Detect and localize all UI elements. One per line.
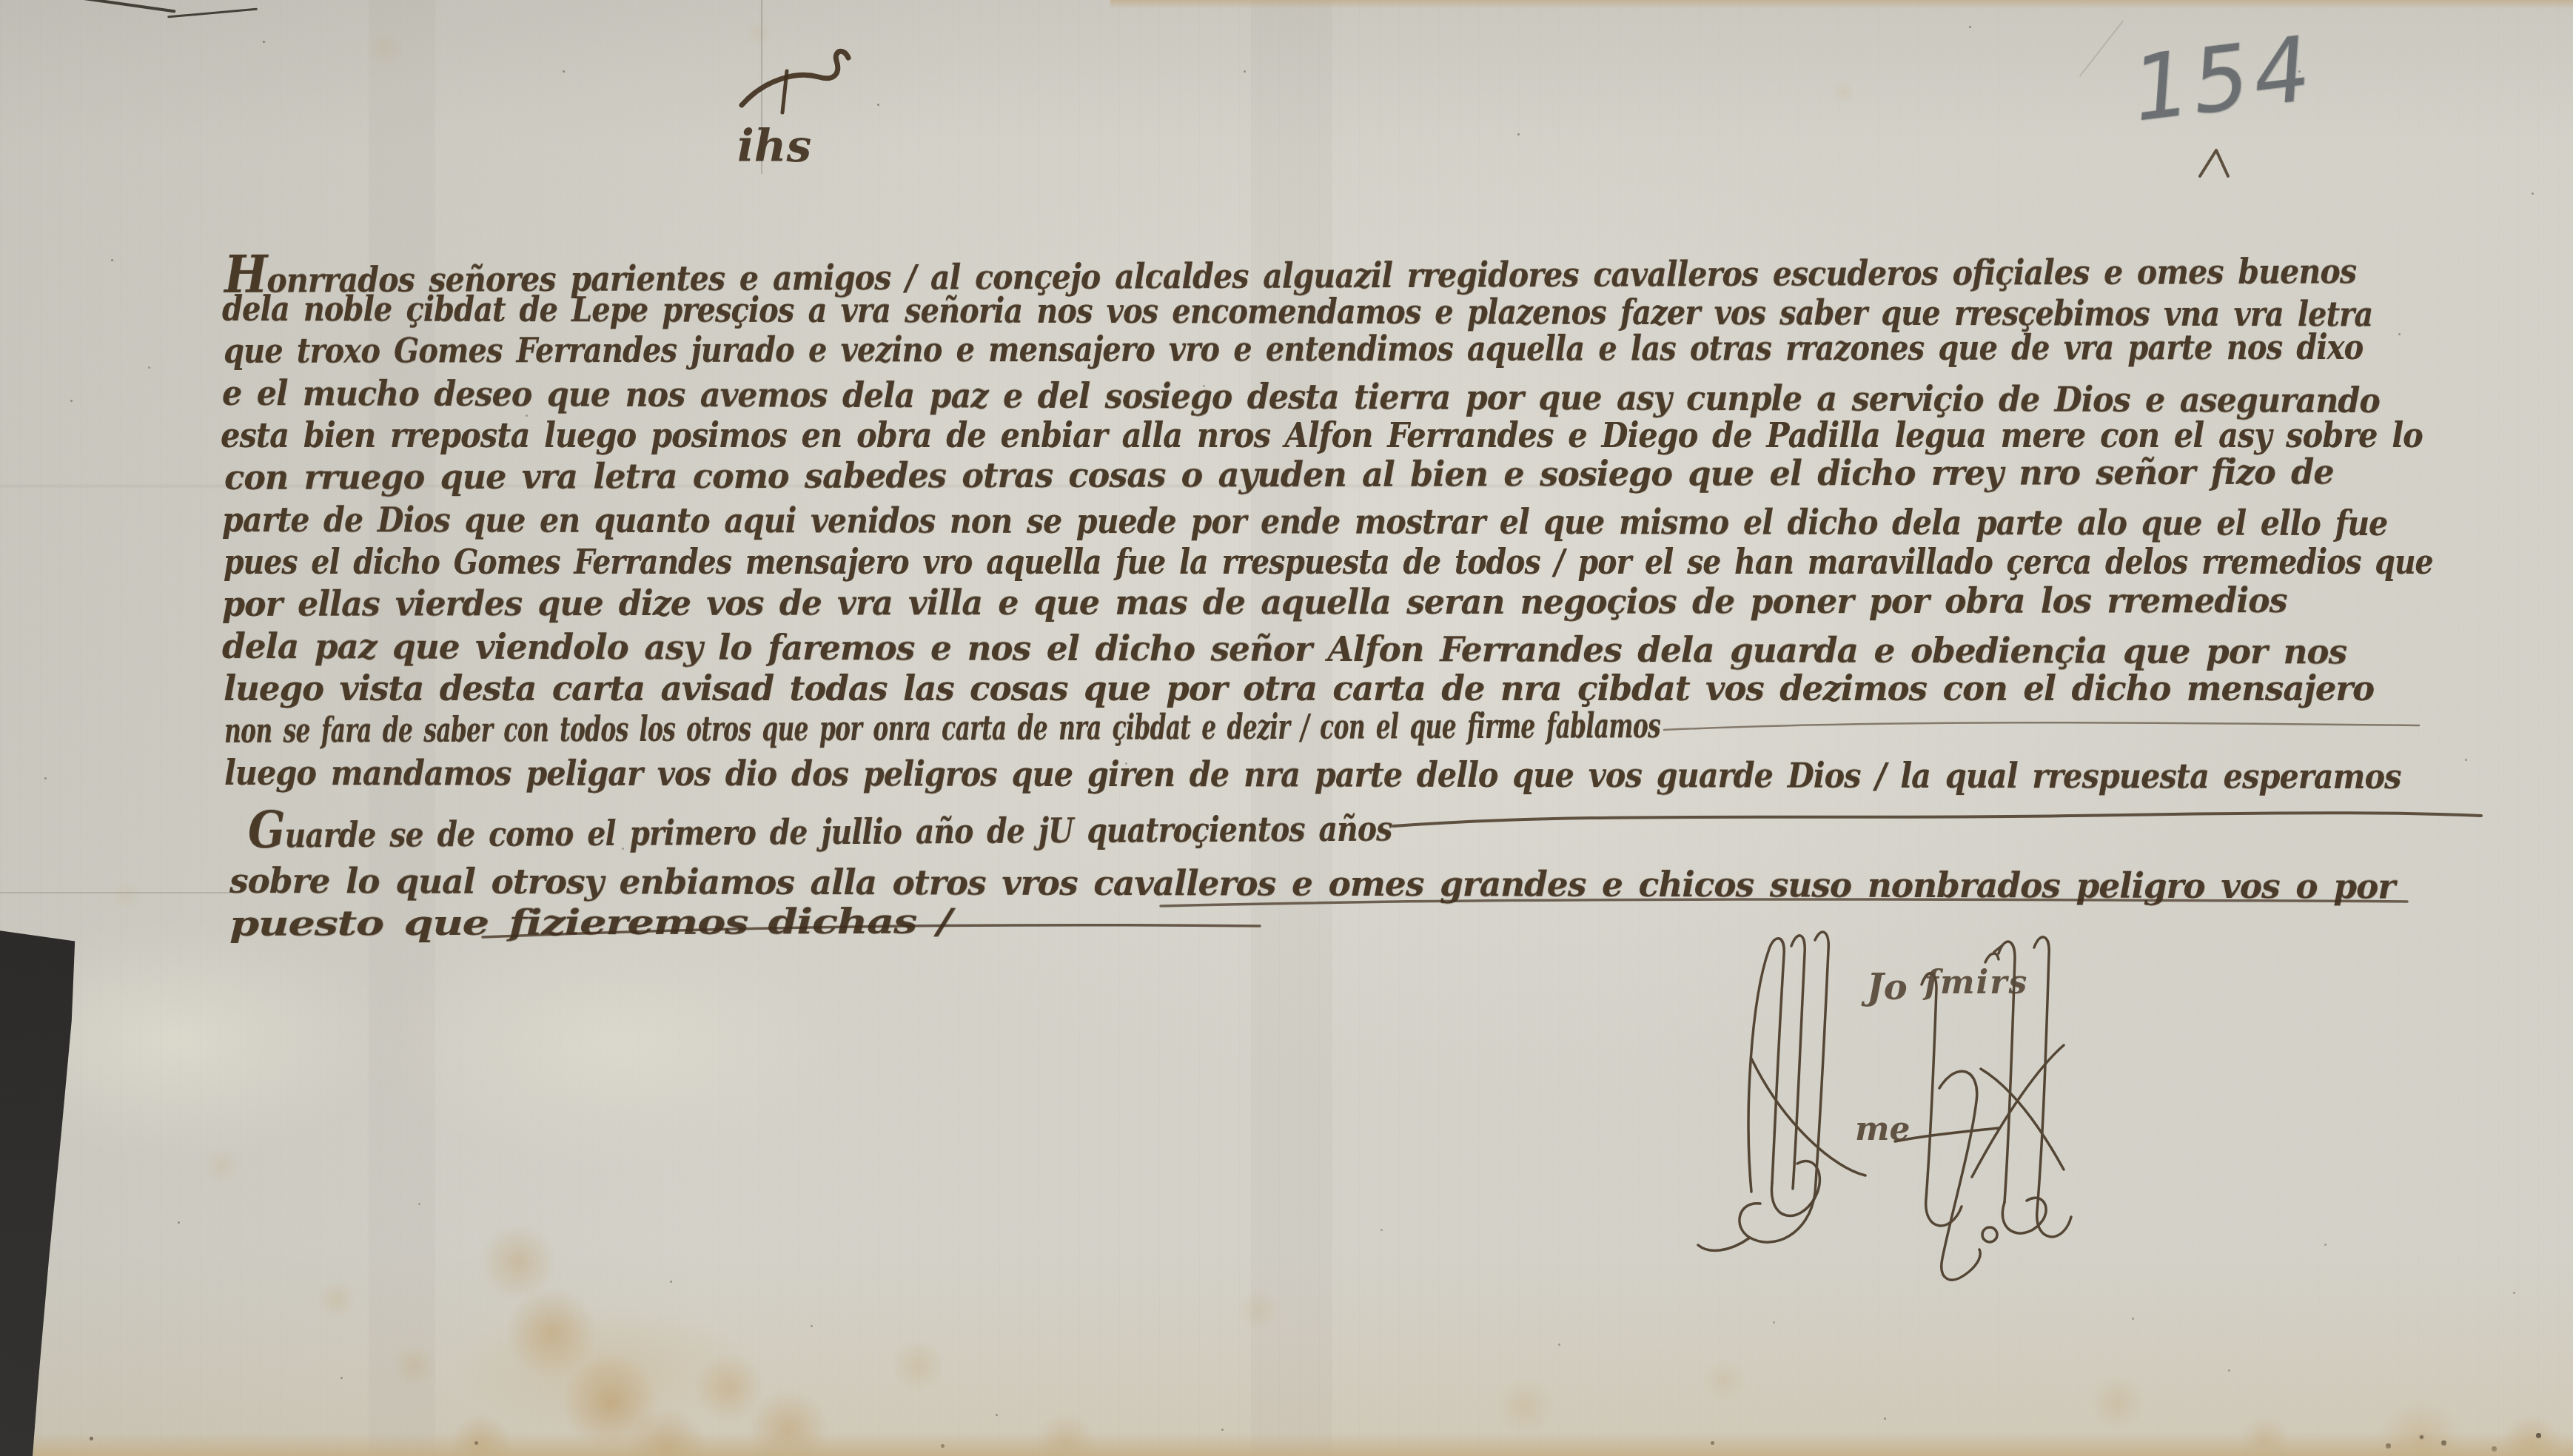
catalog-number: 154 [2130, 24, 2318, 136]
manuscript-line: por ellas vierdes que dize vos de vra vi… [222, 583, 2287, 621]
manuscript-line: esta bien rreposta luego posimos en obra… [221, 418, 2423, 452]
manuscript-line: pues el dicho Gomes Ferrandes mensajero … [224, 545, 2433, 579]
manuscript-line: luego vista desta carta avisad todas las… [224, 671, 2374, 705]
manuscript-line: puesto que fizieremos dichas / [229, 905, 951, 941]
manuscript-line: sobre lo qual otrosy enbiamos alla otros… [229, 864, 2395, 904]
manuscript-line: dela noble çibdat de Lepe presçios a vra… [222, 292, 2372, 332]
manuscript-line: dela paz que viendolo asy lo faremos e n… [222, 629, 2346, 669]
paper-top-edge [1110, 0, 2573, 9]
manuscript-line: e el mucho deseo que nos avemos dela paz… [222, 376, 2380, 417]
manuscript-line: que troxo Gomes Ferrandes jurado e vezin… [224, 330, 2363, 368]
manuscript-line: Guarde se de como el primero de jullio a… [248, 798, 1392, 856]
paper-bottom-edge [0, 1432, 2573, 1456]
manuscript-line: parte de Dios que en quanto aqui venidos… [222, 503, 2387, 540]
dust-specks [0, 0, 2, 2]
manuscript-line: non se fara de saber con todos los otros… [224, 708, 1660, 748]
manuscript-scan-page: Honrrados señores parientes e amigos / a… [0, 0, 2573, 1456]
manuscript-line: con rruego que vra letra como sabedes ot… [224, 455, 2334, 494]
manuscript-line: luego mandamos peligar vos dio dos pelig… [224, 756, 2401, 794]
